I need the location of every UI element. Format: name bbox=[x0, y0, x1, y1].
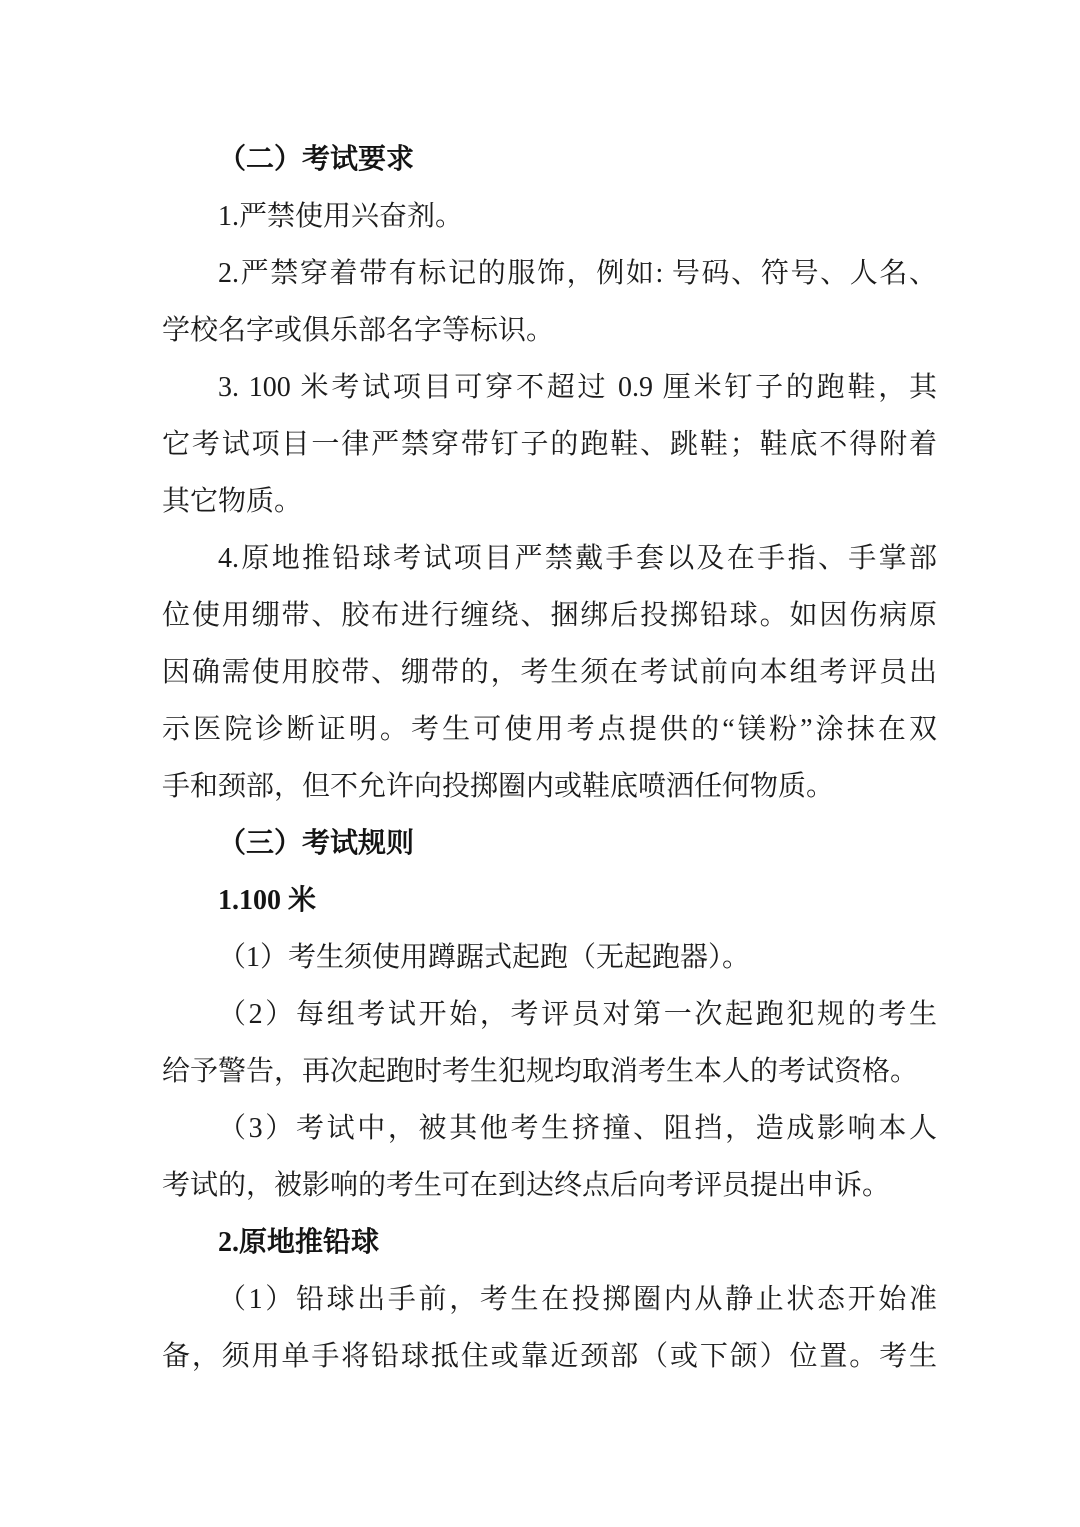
doc-line: （1）铅球出手前，考生在投掷圈内从静止状态开始准 bbox=[162, 1271, 937, 1328]
subsection-heading-100m: 1.100 米 bbox=[162, 872, 937, 929]
doc-line: 4.原地推铅球考试项目严禁戴手套以及在手指、手掌部 bbox=[162, 530, 937, 587]
doc-line: （2）每组考试开始，考评员对第一次起跑犯规的考生 bbox=[162, 986, 937, 1043]
doc-line: 给予警告，再次起跑时考生犯规均取消考生本人的考试资格。 bbox=[162, 1043, 937, 1100]
section-heading-exam-requirements: （二）考试要求 bbox=[162, 131, 937, 188]
subsection-heading-shot-put: 2.原地推铅球 bbox=[162, 1214, 937, 1271]
doc-line: 它考试项目一律严禁穿带钉子的跑鞋、跳鞋；鞋底不得附着 bbox=[162, 416, 937, 473]
doc-line: （3）考试中，被其他考生挤撞、阻挡，造成影响本人 bbox=[162, 1100, 937, 1157]
doc-line: （1）考生须使用蹲踞式起跑（无起跑器）。 bbox=[162, 929, 937, 986]
doc-line: 其它物质。 bbox=[162, 473, 937, 530]
doc-line: 3. 100 米考试项目可穿不超过 0.9 厘米钉子的跑鞋，其 bbox=[162, 359, 937, 416]
doc-line: 备，须用单手将铅球抵住或靠近颈部（或下颌）位置。考生 bbox=[162, 1328, 937, 1385]
doc-line: 手和颈部，但不允许向投掷圈内或鞋底喷洒任何物质。 bbox=[162, 758, 937, 815]
doc-line: 2.严禁穿着带有标记的服饰，例如: 号码、符号、人名、 bbox=[162, 245, 937, 302]
section-heading-exam-rules: （三）考试规则 bbox=[162, 815, 937, 872]
doc-line: 学校名字或俱乐部名字等标识。 bbox=[162, 302, 937, 359]
doc-line: 因确需使用胶带、绷带的，考生须在考试前向本组考评员出 bbox=[162, 644, 937, 701]
doc-line: 示医院诊断证明。考生可使用考点提供的“镁粉”涂抹在双 bbox=[162, 701, 937, 758]
document-page: （二）考试要求 1.严禁使用兴奋剂。 2.严禁穿着带有标记的服饰，例如: 号码、… bbox=[0, 0, 1080, 1527]
doc-line: 考试的，被影响的考生可在到达终点后向考评员提出申诉。 bbox=[162, 1157, 937, 1214]
doc-line: 1.严禁使用兴奋剂。 bbox=[162, 188, 937, 245]
document-body: （二）考试要求 1.严禁使用兴奋剂。 2.严禁穿着带有标记的服饰，例如: 号码、… bbox=[162, 131, 937, 1385]
doc-line: 位使用绷带、胶布进行缠绕、捆绑后投掷铅球。如因伤病原 bbox=[162, 587, 937, 644]
